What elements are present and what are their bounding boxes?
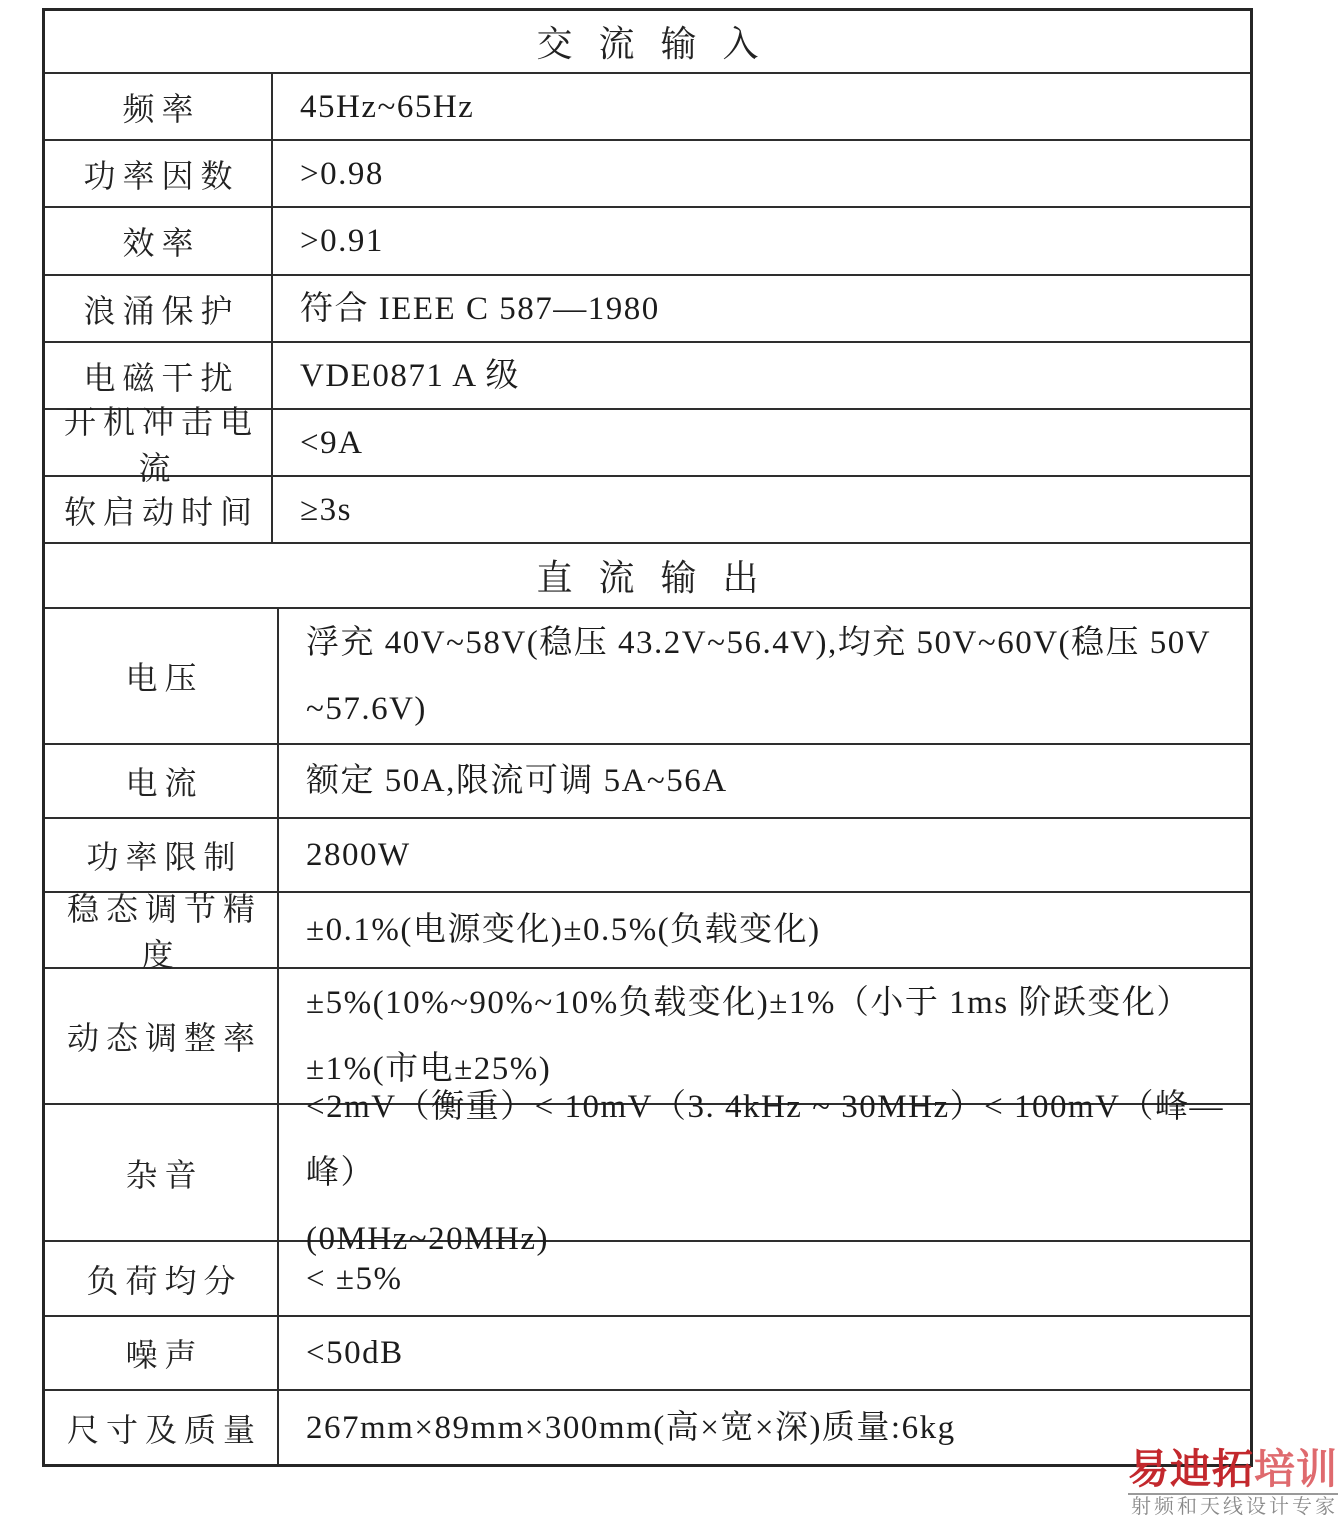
row-label: 浪涌保护 [45,276,273,341]
row-value: <2mV（衡重）< 10mV（3. 4kHz ~ 30MHz）< 100mV（峰… [279,1105,1250,1240]
site-watermark: 易迪拓培训 射频和天线设计专家 [1128,1449,1338,1517]
row-label: 噪声 [45,1317,279,1389]
row-label: 效率 [45,208,273,274]
row-value: <9A [273,410,1250,475]
row-label: 软启动时间 [45,477,273,542]
row-label: 频率 [45,74,273,139]
table-row: 稳态调节精度 ±0.1%(电源变化)±0.5%(负载变化) [45,891,1250,967]
row-value: 额定 50A,限流可调 5A~56A [279,745,1250,817]
row-value: ±0.1%(电源变化)±0.5%(负载变化) [279,893,1250,967]
section-ac-input: 交流输入 频率 45Hz~65Hz 功率因数 >0.98 效率 >0.91 浪涌… [45,11,1250,542]
row-label: 开机冲击电流 [45,410,273,475]
watermark-brand-logo: 易迪拓培训 [1128,1449,1338,1495]
table-row: 杂音 <2mV（衡重）< 10mV（3. 4kHz ~ 30MHz）< 100m… [45,1103,1250,1240]
spec-table: 交流输入 频率 45Hz~65Hz 功率因数 >0.98 效率 >0.91 浪涌… [42,8,1253,1467]
table-row: 浪涌保护 符合 IEEE C 587—1980 [45,274,1250,341]
row-value: 45Hz~65Hz [273,74,1250,139]
table-row: 软启动时间 ≥3s [45,475,1250,542]
row-label: 功率限制 [45,819,279,891]
table-row: 功率限制 2800W [45,817,1250,891]
row-label: 稳态调节精度 [45,893,279,967]
table-row: 功率因数 >0.98 [45,139,1250,206]
row-value: 2800W [279,819,1250,891]
row-label: 电流 [45,745,279,817]
row-value: ≥3s [273,477,1250,542]
table-row: 开机冲击电流 <9A [45,408,1250,475]
table-row: 尺寸及质量 267mm×89mm×300mm(高×宽×深)质量:6kg [45,1389,1250,1464]
section-header-ac-input: 交流输入 [45,11,1250,72]
table-row: 噪声 <50dB [45,1315,1250,1389]
row-value: 浮充 40V~58V(稳压 43.2V~56.4V),均充 50V~60V(稳压… [279,609,1250,743]
row-value: 符合 IEEE C 587—1980 [273,276,1250,341]
watermark-tagline: 射频和天线设计专家 [1128,1497,1338,1517]
row-label: 杂音 [45,1105,279,1240]
section-header-dc-output: 直流输出 [45,542,1250,607]
table-row: 电流 额定 50A,限流可调 5A~56A [45,743,1250,817]
watermark-brand-secondary: 培训 [1254,1446,1338,1492]
row-label: 电压 [45,609,279,743]
row-value: 267mm×89mm×300mm(高×宽×深)质量:6kg [279,1391,1250,1464]
row-label: 功率因数 [45,141,273,206]
watermark-brand-primary: 易迪拓 [1128,1446,1254,1492]
table-row: 频率 45Hz~65Hz [45,72,1250,139]
table-row: 效率 >0.91 [45,206,1250,274]
table-row: 电压 浮充 40V~58V(稳压 43.2V~56.4V),均充 50V~60V… [45,607,1250,743]
row-value: <50dB [279,1317,1250,1389]
row-value: >0.91 [273,208,1250,274]
row-label: 动态调整率 [45,969,279,1103]
row-value: < ±5% [279,1242,1250,1315]
scanned-document-page: 交流输入 频率 45Hz~65Hz 功率因数 >0.98 效率 >0.91 浪涌… [0,0,1341,1517]
row-value: >0.98 [273,141,1250,206]
row-value: VDE0871 A 级 [273,343,1250,408]
row-label: 负荷均分 [45,1242,279,1315]
section-dc-output: 直流输出 电压 浮充 40V~58V(稳压 43.2V~56.4V),均充 50… [45,542,1250,1464]
table-row: 负荷均分 < ±5% [45,1240,1250,1315]
row-label: 尺寸及质量 [45,1391,279,1464]
